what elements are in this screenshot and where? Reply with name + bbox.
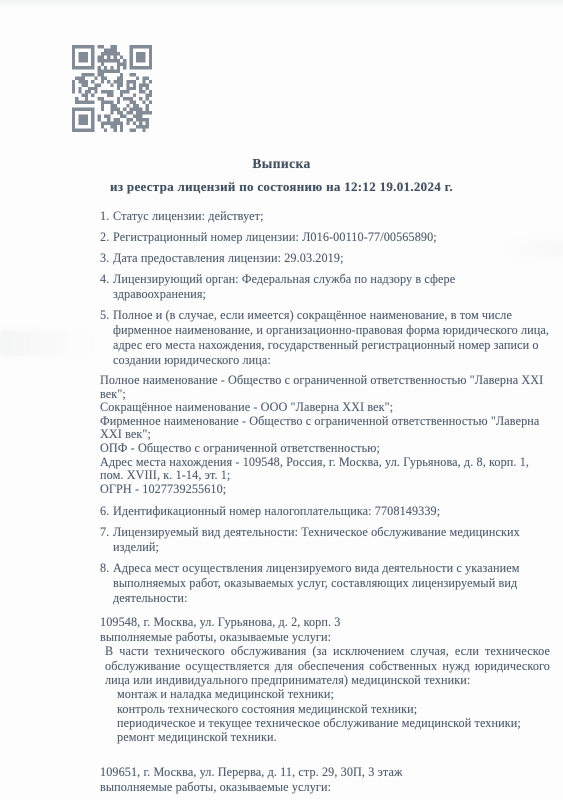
list-item-number: 3. (100, 251, 109, 266)
list-item-number: 8. (100, 561, 109, 576)
org-address: Адрес места нахождения - 109548, Россия,… (100, 456, 550, 483)
location-works-label: выполняемые работы, оказываемые услуги: (100, 780, 550, 795)
list-item-number: 2. (100, 230, 109, 245)
list-item-number: 5. (100, 308, 109, 323)
scanned-document-page: Выписка из реестра лицензий по состоянию… (0, 0, 563, 800)
license-location-1: 109548, г. Москва, ул. Гурьянова, д. 2, … (100, 615, 550, 744)
scan-artifact (0, 330, 95, 356)
license-location-2: 109651, г. Москва, ул. Перерва, д. 11, с… (100, 765, 550, 794)
list-item-number: 7. (100, 525, 109, 540)
list-item-text: Лицензируемый вид деятельности: Техничес… (113, 525, 520, 554)
list-item-5: 5. Полное и (в случае, если имеется) сок… (100, 308, 550, 368)
org-ogrn: ОГРН - 1027739255610; (100, 483, 550, 497)
location-address: 109548, г. Москва, ул. Гурьянова, д. 2, … (100, 615, 550, 630)
list-item-number: 1. (100, 209, 109, 224)
organization-details: Полное наименование - Общество с огранич… (100, 374, 550, 496)
location-works-label: выполняемые работы, оказываемые услуги: (100, 630, 550, 645)
work-item: ремонт медицинской техники. (100, 730, 550, 744)
list-item-7: 7. Лицензируемый вид деятельности: Техни… (100, 525, 550, 555)
list-item-3: 3. Дата предоставления лицензии: 29.03.2… (100, 251, 550, 266)
list-item-number: 4. (100, 272, 109, 287)
work-item: периодическое и текущее техническое обсл… (100, 716, 550, 730)
list-item-2: 2. Регистрационный номер лицензии: Л016-… (100, 230, 550, 245)
list-item-text: Лицензирующий орган: Федеральная служба … (113, 272, 455, 301)
scan-artifact (0, 0, 563, 10)
list-item-1: 1. Статус лицензии: действует; (100, 209, 550, 224)
list-item-text: Адреса мест осуществления лицензируемого… (113, 561, 520, 605)
document-title: Выписка (0, 156, 563, 172)
list-item-text: Статус лицензии: действует; (113, 209, 264, 223)
org-legal-form: ОПФ - Общество с ограниченной ответствен… (100, 442, 550, 456)
document-body: 1. Статус лицензии: действует; 2. Регист… (100, 209, 550, 794)
org-full-name: Полное наименование - Общество с огранич… (100, 374, 550, 401)
location-address: 109651, г. Москва, ул. Перерва, д. 11, с… (100, 765, 550, 780)
qr-code-icon (72, 45, 152, 132)
list-item-text: Регистрационный номер лицензии: Л016-001… (113, 230, 437, 244)
list-item-8: 8. Адреса мест осуществления лицензируем… (100, 561, 550, 606)
org-short-name: Сокращённое наименование - ООО "Лаверна … (100, 401, 550, 415)
work-item: монтаж и наладка медицинской техники; (100, 687, 550, 701)
list-item-6: 6. Идентификационный номер налогоплатель… (100, 504, 550, 519)
list-item-text: Дата предоставления лицензии: 29.03.2019… (113, 251, 344, 265)
list-item-text: Полное и (в случае, если имеется) сокращ… (113, 308, 549, 367)
document-subtitle: из реестра лицензий по состоянию на 12:1… (0, 179, 563, 195)
list-item-number: 6. (100, 504, 109, 519)
list-item-4: 4. Лицензирующий орган: Федеральная служ… (100, 272, 550, 302)
org-brand-name: Фирменное наименование - Общество с огра… (100, 415, 550, 442)
location-paragraph: В части технического обслуживания (за ис… (100, 644, 550, 687)
list-item-text: Идентификационный номер налогоплательщик… (113, 504, 440, 518)
work-item: контроль технического состояния медицинс… (100, 702, 550, 716)
